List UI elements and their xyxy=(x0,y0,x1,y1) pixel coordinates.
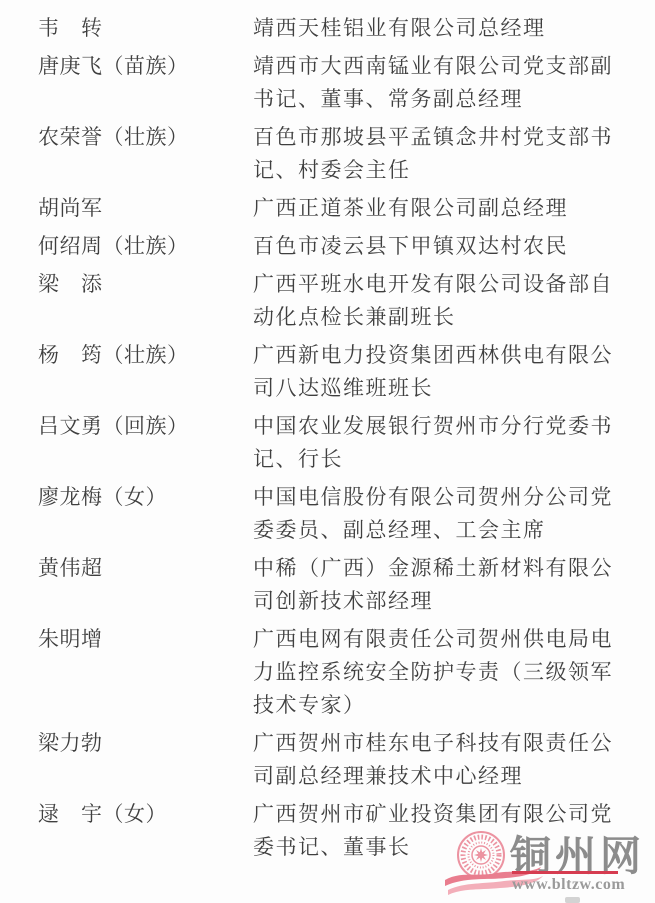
position-line: 司副总经理兼技术中心经理 xyxy=(253,760,633,793)
position-line: 靖西市大西南锰业有限公司党支部副 xyxy=(253,50,633,83)
person-position: 中稀（广西）金源稀土新材料有限公司创新技术部经理 xyxy=(253,552,633,618)
person-position: 广西新电力投资集团西林供电有限公司八达巡维班班长 xyxy=(253,339,633,405)
person-name: 朱明增 xyxy=(38,623,253,722)
person-position: 靖西市大西南锰业有限公司党支部副书记、董事、常务副总经理 xyxy=(253,50,633,116)
person-name: 杨 筠（壮族） xyxy=(38,339,253,405)
position-line: 百色市那坡县平孟镇念井村党支部书 xyxy=(253,121,633,154)
position-line: 司创新技术部经理 xyxy=(253,585,633,618)
person-position: 广西正道茶业有限公司副总经理 xyxy=(253,192,633,225)
person-name: 何绍周（壮族） xyxy=(38,230,253,263)
position-line: 靖西天桂铝业有限公司总经理 xyxy=(253,12,633,45)
position-line: 中国电信股份有限公司贺州分公司党 xyxy=(253,481,633,514)
seal-star-icon xyxy=(474,848,488,862)
position-line: 委委员、副总经理、工会主席 xyxy=(253,514,633,547)
person-name: 梁力勃 xyxy=(38,727,253,793)
person-position: 广西电网有限责任公司贺州供电局电力监控系统安全防护专责（三级领军技术专家） xyxy=(253,623,633,722)
person-name: 黄伟超 xyxy=(38,552,253,618)
roster-entry: 吕文勇（回族） 中国农业发展银行贺州市分行党委书记、行长 xyxy=(38,410,633,476)
position-line: 书记、董事、常务副总经理 xyxy=(253,83,633,116)
position-line: 技术专家） xyxy=(253,689,633,722)
position-line: 中稀（广西）金源稀土新材料有限公 xyxy=(253,552,633,585)
page-number-fragment xyxy=(565,897,580,903)
position-line: 广西平班水电开发有限公司设备部自 xyxy=(253,268,633,301)
roster-entry: 韦 转 靖西天桂铝业有限公司总经理 xyxy=(38,12,633,45)
watermark-divider xyxy=(512,871,618,874)
person-name: 农荣誉（壮族） xyxy=(38,121,253,187)
position-line: 广西正道茶业有限公司副总经理 xyxy=(253,192,633,225)
roster-entry: 梁力勃 广西贺州市桂东电子科技有限责任公司副总经理兼技术中心经理 xyxy=(38,727,633,793)
roster-entry: 唐庚飞（苗族） 靖西市大西南锰业有限公司党支部副书记、董事、常务副总经理 xyxy=(38,50,633,116)
scanned-document-page: 韦 转 靖西天桂铝业有限公司总经理 唐庚飞（苗族） 靖西市大西南锰业有限公司党支… xyxy=(0,0,655,903)
position-line: 广西贺州市矿业投资集团有限公司党 xyxy=(253,798,633,831)
person-position: 广西平班水电开发有限公司设备部自动化点检长兼副班长 xyxy=(253,268,633,334)
position-line: 动化点检长兼副班长 xyxy=(253,301,633,334)
roster-entry: 廖龙梅（女） 中国电信股份有限公司贺州分公司党委委员、副总经理、工会主席 xyxy=(38,481,633,547)
person-position: 百色市那坡县平孟镇念井村党支部书记、村委会主任 xyxy=(253,121,633,187)
roster-entry: 杨 筠（壮族） 广西新电力投资集团西林供电有限公司八达巡维班班长 xyxy=(38,339,633,405)
person-position: 广西贺州市桂东电子科技有限责任公司副总经理兼技术中心经理 xyxy=(253,727,633,793)
person-name: 吕文勇（回族） xyxy=(38,410,253,476)
position-line: 记、行长 xyxy=(253,443,633,476)
person-position: 百色市凌云县下甲镇双达村农民 xyxy=(253,230,633,263)
person-name: 梁 添 xyxy=(38,268,253,334)
position-line: 广西贺州市桂东电子科技有限责任公 xyxy=(253,727,633,760)
site-url: www.bltzw.com xyxy=(512,875,625,894)
person-position: 中国电信股份有限公司贺州分公司党委委员、副总经理、工会主席 xyxy=(253,481,633,547)
roster-entry: 何绍周（壮族） 百色市凌云县下甲镇双达村农民 xyxy=(38,230,633,263)
roster-entry: 农荣誉（壮族） 百色市那坡县平孟镇念井村党支部书记、村委会主任 xyxy=(38,121,633,187)
person-name: 廖龙梅（女） xyxy=(38,481,253,547)
person-position: 中国农业发展银行贺州市分行党委书记、行长 xyxy=(253,410,633,476)
roster-entry: 胡尚军 广西正道茶业有限公司副总经理 xyxy=(38,192,633,225)
position-line: 力监控系统安全防护专责（三级领军 xyxy=(253,656,633,689)
person-name: 逯 宇（女） xyxy=(38,798,253,864)
roster-entry: 梁 添 广西平班水电开发有限公司设备部自动化点检长兼副班长 xyxy=(38,268,633,334)
roster-entry: 朱明增 广西电网有限责任公司贺州供电局电力监控系统安全防护专责（三级领军技术专家… xyxy=(38,623,633,722)
roster-entry: 黄伟超 中稀（广西）金源稀土新材料有限公司创新技术部经理 xyxy=(38,552,633,618)
person-name: 唐庚飞（苗族） xyxy=(38,50,253,116)
award-roster-list: 韦 转 靖西天桂铝业有限公司总经理 唐庚飞（苗族） 靖西市大西南锰业有限公司党支… xyxy=(38,12,633,869)
person-name: 胡尚军 xyxy=(38,192,253,225)
position-line: 广西新电力投资集团西林供电有限公 xyxy=(253,339,633,372)
person-name: 韦 转 xyxy=(38,12,253,45)
person-position: 靖西天桂铝业有限公司总经理 xyxy=(253,12,633,45)
position-line: 中国农业发展银行贺州市分行党委书 xyxy=(253,410,633,443)
position-line: 记、村委会主任 xyxy=(253,154,633,187)
position-line: 百色市凌云县下甲镇双达村农民 xyxy=(253,230,633,263)
position-line: 广西电网有限责任公司贺州供电局电 xyxy=(253,623,633,656)
position-line: 司八达巡维班班长 xyxy=(253,372,633,405)
